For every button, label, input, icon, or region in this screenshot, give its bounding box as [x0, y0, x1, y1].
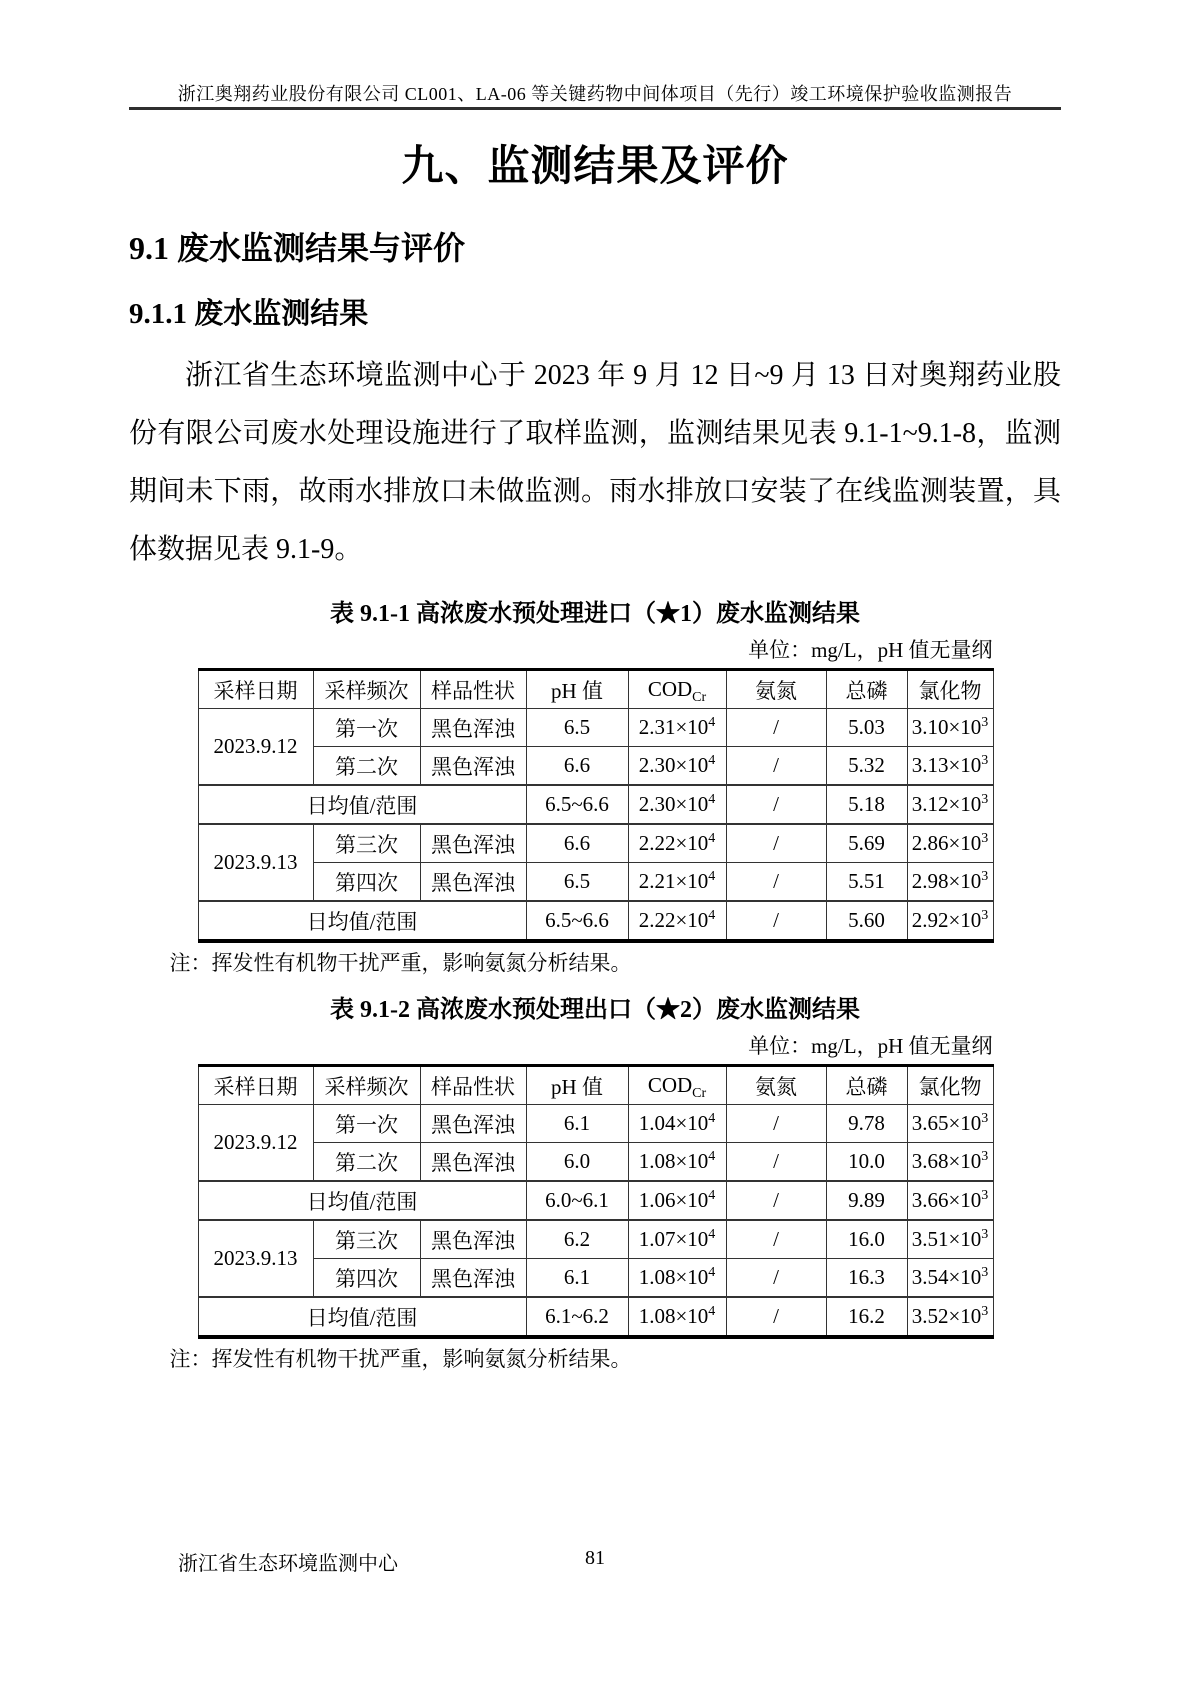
- cell-chloride: 3.51×103: [907, 1220, 993, 1259]
- cell-date: 2023.9.12: [198, 709, 313, 786]
- cell-tp: 9.89: [826, 1181, 907, 1220]
- cell-chloride: 2.92×103: [907, 901, 993, 941]
- sample-row: 2023.9.12第一次黑色浑浊6.11.04×104/9.783.65×103: [198, 1105, 993, 1143]
- table-note: 注：挥发性有机物干扰严重，影响氨氮分析结果。: [170, 1347, 993, 1371]
- sample-row: 2023.9.12第一次黑色浑浊6.52.31×104/5.033.10×103: [198, 709, 993, 747]
- col-header-ammonia-nitrogen: 氨氮: [726, 1066, 826, 1105]
- page-footer: 浙江省生态环境监测中心 81: [0, 1547, 1190, 1571]
- cell-cod: 1.06×104: [628, 1181, 726, 1220]
- cell-cod: 1.08×104: [628, 1259, 726, 1298]
- cell-nh3n: /: [726, 901, 826, 941]
- table-header-row: 采样日期 采样频次 样品性状 pH 值 CODCr 氨氮 总磷 氯化物: [198, 670, 993, 709]
- cell-date: 2023.9.13: [198, 1220, 313, 1297]
- wastewater-monitoring-table-1: 采样日期 采样频次 样品性状 pH 值 CODCr 氨氮 总磷 氯化物 2023…: [198, 668, 994, 943]
- col-header-sample-date: 采样日期: [198, 670, 313, 709]
- sample-row: 第四次黑色浑浊6.52.21×104/5.512.98×103: [198, 863, 993, 902]
- cell-nh3n: /: [726, 1297, 826, 1337]
- cell-tp: 5.03: [826, 709, 907, 747]
- wastewater-monitoring-table-2: 采样日期 采样频次 样品性状 pH 值 CODCr 氨氮 总磷 氯化物 2023…: [198, 1064, 994, 1339]
- unit-note: 单位：mg/L，pH 值无量纲: [198, 1034, 993, 1058]
- col-header-cod: CODCr: [628, 670, 726, 709]
- cell-cod: 2.30×104: [628, 785, 726, 824]
- unit-note: 单位：mg/L，pH 值无量纲: [198, 638, 993, 662]
- cell-freq: 第四次: [313, 1259, 420, 1298]
- cell-date: 2023.9.12: [198, 1105, 313, 1182]
- body-paragraph: 浙江省生态环境监测中心于 2023 年 9 月 12 日~9 月 13 日对奥翔…: [129, 347, 1061, 579]
- sample-row: 2023.9.13第三次黑色浑浊6.21.07×104/16.03.51×103: [198, 1220, 993, 1259]
- cell-tp: 9.78: [826, 1105, 907, 1143]
- table-header-row: 采样日期 采样频次 样品性状 pH 值 CODCr 氨氮 总磷 氯化物: [198, 1066, 993, 1105]
- cell-nh3n: /: [726, 1181, 826, 1220]
- cell-cod: 1.04×104: [628, 1105, 726, 1143]
- page-content: 浙江奥翔药业股份有限公司 CL001、LA-06 等关键药物中间体项目（先行）竣…: [129, 0, 1061, 1371]
- daily-average-label: 日均值/范围: [198, 901, 526, 941]
- cell-nh3n: /: [726, 1220, 826, 1259]
- cell-nh3n: /: [726, 824, 826, 863]
- cell-tp: 5.60: [826, 901, 907, 941]
- daily-average-row: 日均值/范围6.5~6.62.30×104/5.183.12×103: [198, 785, 993, 824]
- col-header-sample-appearance: 样品性状: [420, 1066, 526, 1105]
- table-block-9-1-1: 表 9.1-1 高浓废水预处理进口（★1）废水监测结果 单位：mg/L，pH 值…: [198, 599, 993, 975]
- col-header-ph: pH 值: [526, 670, 628, 709]
- document-header-title: 浙江奥翔药业股份有限公司 CL001、LA-06 等关键药物中间体项目（先行）竣…: [129, 84, 1061, 104]
- cell-date: 2023.9.13: [198, 824, 313, 901]
- cell-freq: 第一次: [313, 1105, 420, 1143]
- cell-cod: 2.22×104: [628, 901, 726, 941]
- daily-average-row: 日均值/范围6.5~6.62.22×104/5.602.92×103: [198, 901, 993, 941]
- cell-chloride: 3.10×103: [907, 709, 993, 747]
- cell-tp: 5.18: [826, 785, 907, 824]
- cell-appearance: 黑色浑浊: [420, 863, 526, 902]
- col-header-ammonia-nitrogen: 氨氮: [726, 670, 826, 709]
- cell-freq: 第二次: [313, 1143, 420, 1182]
- cell-nh3n: /: [726, 709, 826, 747]
- col-header-ph: pH 值: [526, 1066, 628, 1105]
- cell-chloride: 3.12×103: [907, 785, 993, 824]
- cell-chloride: 2.98×103: [907, 863, 993, 902]
- cell-nh3n: /: [726, 747, 826, 786]
- col-header-sample-frequency: 采样频次: [313, 670, 420, 709]
- cell-ph: 6.1: [526, 1105, 628, 1143]
- cell-freq: 第一次: [313, 709, 420, 747]
- cell-cod: 1.07×104: [628, 1220, 726, 1259]
- cell-appearance: 黑色浑浊: [420, 709, 526, 747]
- sample-row: 第二次黑色浑浊6.01.08×104/10.03.68×103: [198, 1143, 993, 1182]
- daily-average-label: 日均值/范围: [198, 1297, 526, 1337]
- table-caption: 表 9.1-2 高浓废水预处理出口（★2）废水监测结果: [198, 995, 993, 1025]
- section-heading: 9.1 废水监测结果与评价: [129, 230, 1061, 266]
- cell-tp: 10.0: [826, 1143, 907, 1182]
- cell-ph: 6.5: [526, 863, 628, 902]
- daily-average-row: 日均值/范围6.1~6.21.08×104/16.23.52×103: [198, 1297, 993, 1337]
- subsection-heading: 9.1.1 废水监测结果: [129, 298, 1061, 331]
- cell-ph: 6.5~6.6: [526, 901, 628, 941]
- cell-ph: 6.6: [526, 824, 628, 863]
- daily-average-label: 日均值/范围: [198, 785, 526, 824]
- cell-appearance: 黑色浑浊: [420, 824, 526, 863]
- cell-chloride: 3.13×103: [907, 747, 993, 786]
- cell-chloride: 3.65×103: [907, 1105, 993, 1143]
- cell-tp: 5.51: [826, 863, 907, 902]
- cell-nh3n: /: [726, 863, 826, 902]
- cell-chloride: 2.86×103: [907, 824, 993, 863]
- table-note: 注：挥发性有机物干扰严重，影响氨氮分析结果。: [170, 951, 993, 975]
- table-block-9-1-2: 表 9.1-2 高浓废水预处理出口（★2）废水监测结果 单位：mg/L，pH 值…: [198, 995, 993, 1371]
- cell-nh3n: /: [726, 785, 826, 824]
- cell-freq: 第二次: [313, 747, 420, 786]
- cell-appearance: 黑色浑浊: [420, 1105, 526, 1143]
- sample-row: 第四次黑色浑浊6.11.08×104/16.33.54×103: [198, 1259, 993, 1298]
- cell-freq: 第三次: [313, 1220, 420, 1259]
- document-header: 浙江奥翔药业股份有限公司 CL001、LA-06 等关键药物中间体项目（先行）竣…: [129, 0, 1061, 110]
- cell-tp: 16.3: [826, 1259, 907, 1298]
- page-title: 九、监测结果及评价: [129, 144, 1061, 190]
- cell-cod: 1.08×104: [628, 1297, 726, 1337]
- cell-ph: 6.6: [526, 747, 628, 786]
- cell-tp: 16.2: [826, 1297, 907, 1337]
- cell-ph: 6.5: [526, 709, 628, 747]
- cell-nh3n: /: [726, 1143, 826, 1182]
- cell-tp: 16.0: [826, 1220, 907, 1259]
- cell-ph: 6.1~6.2: [526, 1297, 628, 1337]
- col-header-total-phosphorus: 总磷: [826, 1066, 907, 1105]
- cell-appearance: 黑色浑浊: [420, 1220, 526, 1259]
- cell-appearance: 黑色浑浊: [420, 747, 526, 786]
- cell-freq: 第四次: [313, 863, 420, 902]
- col-header-total-phosphorus: 总磷: [826, 670, 907, 709]
- cell-cod: 1.08×104: [628, 1143, 726, 1182]
- cell-chloride: 3.66×103: [907, 1181, 993, 1220]
- daily-average-row: 日均值/范围6.0~6.11.06×104/9.893.66×103: [198, 1181, 993, 1220]
- cell-cod: 2.22×104: [628, 824, 726, 863]
- cell-freq: 第三次: [313, 824, 420, 863]
- cell-ph: 6.0: [526, 1143, 628, 1182]
- col-header-cod: CODCr: [628, 1066, 726, 1105]
- cell-nh3n: /: [726, 1259, 826, 1298]
- cell-chloride: 3.54×103: [907, 1259, 993, 1298]
- daily-average-label: 日均值/范围: [198, 1181, 526, 1220]
- cell-ph: 6.0~6.1: [526, 1181, 628, 1220]
- cell-ph: 6.1: [526, 1259, 628, 1298]
- cell-nh3n: /: [726, 1105, 826, 1143]
- cell-tp: 5.69: [826, 824, 907, 863]
- cell-cod: 2.31×104: [628, 709, 726, 747]
- cell-appearance: 黑色浑浊: [420, 1259, 526, 1298]
- col-header-sample-appearance: 样品性状: [420, 670, 526, 709]
- cell-cod: 2.30×104: [628, 747, 726, 786]
- sample-row: 2023.9.13第三次黑色浑浊6.62.22×104/5.692.86×103: [198, 824, 993, 863]
- cell-ph: 6.2: [526, 1220, 628, 1259]
- table-caption: 表 9.1-1 高浓废水预处理进口（★1）废水监测结果: [198, 599, 993, 629]
- footer-organization: 浙江省生态环境监测中心: [178, 1547, 398, 1576]
- cell-cod: 2.21×104: [628, 863, 726, 902]
- col-header-chloride: 氯化物: [907, 670, 993, 709]
- cell-chloride: 3.52×103: [907, 1297, 993, 1337]
- col-header-sample-frequency: 采样频次: [313, 1066, 420, 1105]
- col-header-chloride: 氯化物: [907, 1066, 993, 1105]
- col-header-sample-date: 采样日期: [198, 1066, 313, 1105]
- cell-ph: 6.5~6.6: [526, 785, 628, 824]
- sample-row: 第二次黑色浑浊6.62.30×104/5.323.13×103: [198, 747, 993, 786]
- cell-chloride: 3.68×103: [907, 1143, 993, 1182]
- cell-tp: 5.32: [826, 747, 907, 786]
- cell-appearance: 黑色浑浊: [420, 1143, 526, 1182]
